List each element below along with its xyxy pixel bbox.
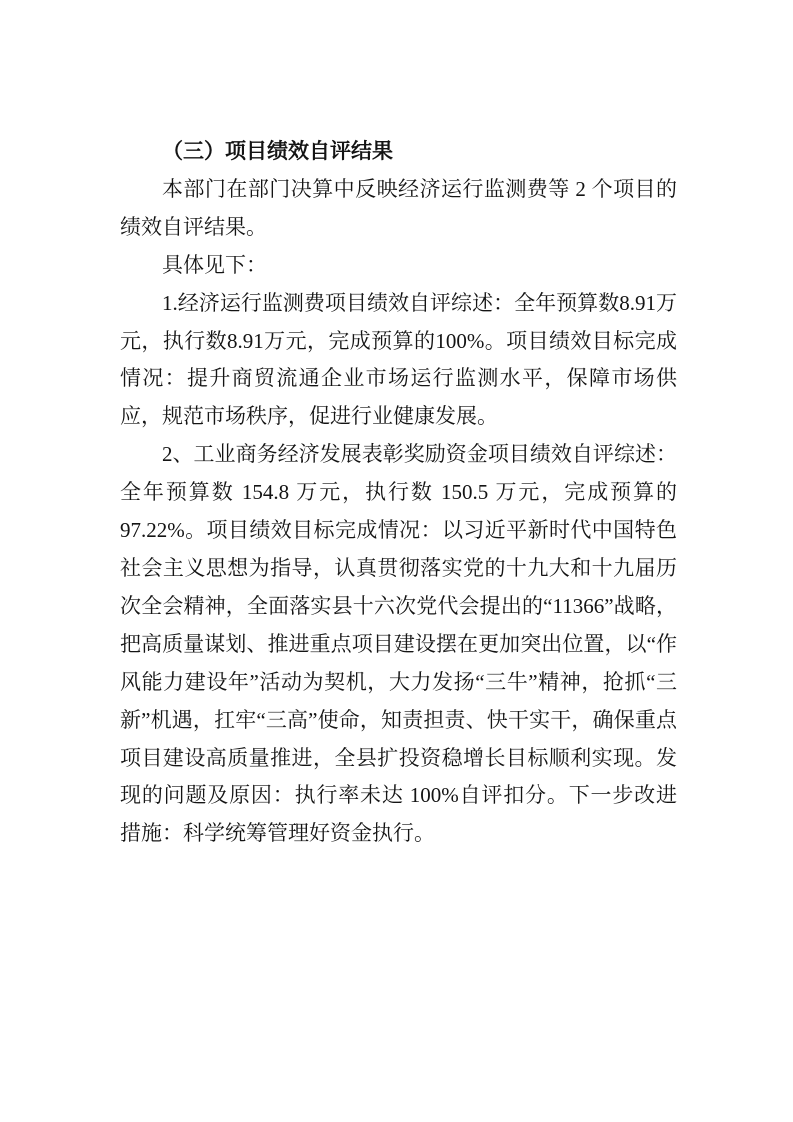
paragraph-lead-in: 具体见下： — [120, 247, 677, 285]
paragraph-project-2: 2、工业商务经济发展表彰奖励资金项目绩效自评综述：全年预算数 154.8 万元，… — [120, 436, 677, 853]
document-page: （三）项目绩效自评结果 本部门在部门决算中反映经济运行监测费等 2 个项目的绩效… — [0, 0, 793, 1122]
paragraph-project-1: 1.经济运行监测费项目绩效自评综述：全年预算数8.91万元，执行数8.91万元，… — [120, 285, 677, 437]
text-block: （三）项目绩效自评结果 本部门在部门决算中反映经济运行监测费等 2 个项目的绩效… — [120, 133, 677, 853]
paragraph-intro: 本部门在部门决算中反映经济运行监测费等 2 个项目的绩效自评结果。 — [120, 171, 677, 247]
section-heading: （三）项目绩效自评结果 — [120, 133, 677, 171]
